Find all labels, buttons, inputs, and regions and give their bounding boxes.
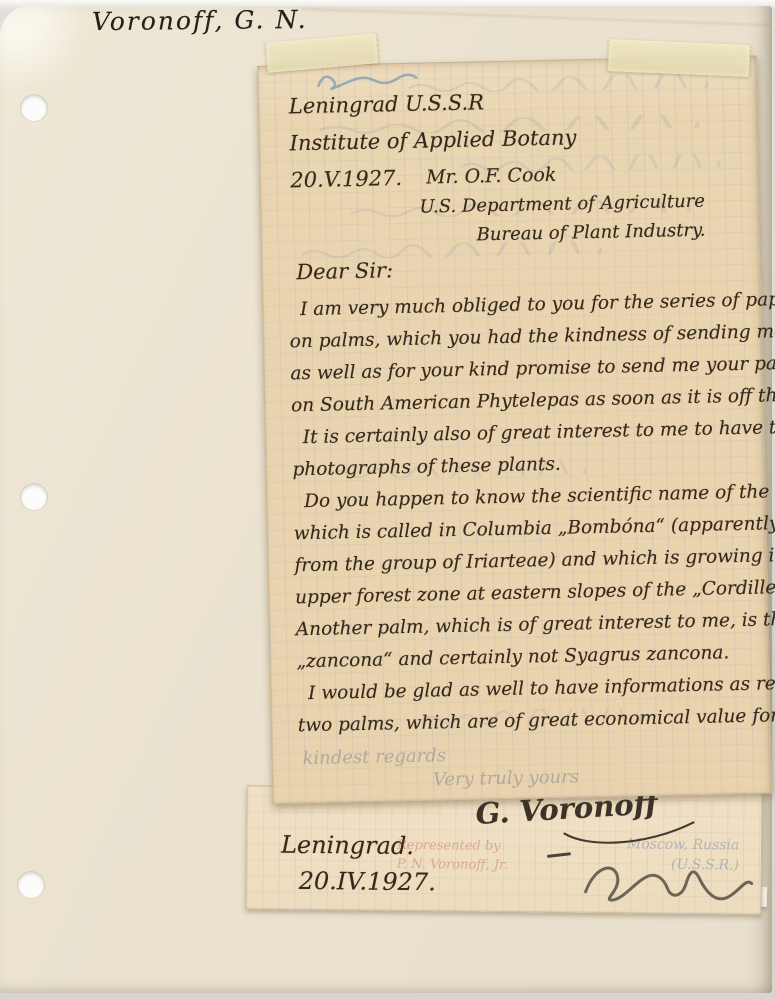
recipient-line: Bureau of Plant Industry. (420, 216, 706, 251)
ghost-letterhead-left: Represented by P. N. Voronoff, Jr. (397, 836, 508, 875)
archivist-inscription: Voronoff, G. N. (92, 5, 308, 36)
punch-hole (18, 872, 44, 898)
punch-hole (21, 484, 47, 510)
recipient-line: Mr. O.F. Cook (419, 161, 557, 193)
ghost-represented-by: Represented by (397, 836, 508, 856)
ghost-regards: kindest regards (302, 745, 446, 769)
sender-line: Leningrad U.S.S.R (288, 82, 576, 125)
salutation: Dear Sir: (296, 258, 393, 284)
recipient-address-block: Mr. O.F. CookU.S. Department of Agricult… (419, 158, 706, 251)
closing-place: Leningrad. (281, 831, 414, 860)
punch-hole (21, 95, 47, 121)
ghost-ussr: (U.S.S.R.) (627, 854, 739, 875)
letter-page-2: G. Voronoff Leningrad. 20.IV.1927. Repre… (245, 785, 762, 914)
ghost-valediction: Very truly yours (433, 766, 579, 790)
tape-strip (607, 39, 750, 77)
letter-body: I am very much obliged to you for the se… (289, 285, 762, 743)
signature-dash (547, 852, 571, 858)
letter-page-1: Leningrad U.S.S.RInstitute of Applied Bo… (257, 56, 772, 804)
ghost-represented-name: P. N. Voronoff, Jr. (397, 855, 508, 875)
sender-line: Institute of Applied Botany (289, 119, 577, 162)
